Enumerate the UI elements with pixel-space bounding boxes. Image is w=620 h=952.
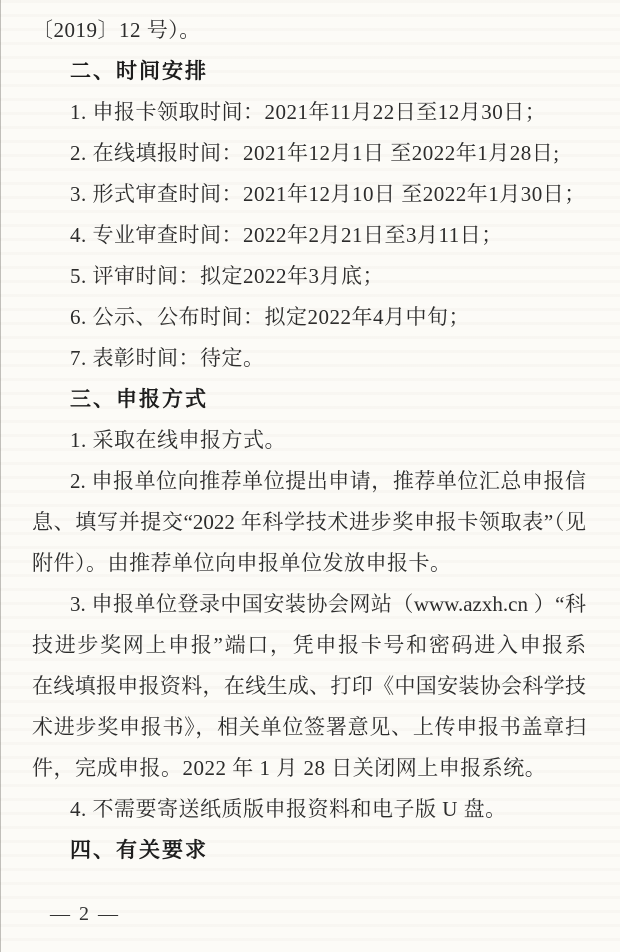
section-heading: 三、申报方式 <box>32 379 586 420</box>
page-number: — 2 — <box>50 903 120 926</box>
document-line: 4. 不需要寄送纸质版申报资料和电子版 U 盘。 <box>32 789 586 830</box>
document-line: 6. 公示、公布时间：拟定2022年4月中旬； <box>32 297 586 338</box>
document-line: 1. 采取在线申报方式。 <box>32 420 586 461</box>
document-line: 2. 在线填报时间：2021年12月1日 至2022年1月28日; <box>32 133 586 174</box>
document-line: 4. 专业审查时间：2022年2月21日至3月11日； <box>32 215 586 256</box>
document-body: 〔2019〕12 号）。二、时间安排1. 申报卡领取时间：2021年11月22日… <box>32 10 586 871</box>
document-page: 〔2019〕12 号）。二、时间安排1. 申报卡领取时间：2021年11月22日… <box>0 0 620 952</box>
document-line: 3. 形式审查时间：2021年12月10日 至2022年1月30日； <box>32 174 586 215</box>
document-line: 息、填写并提交“2022 年科学技术进步奖申报卡领取表”（见 <box>32 502 586 543</box>
document-line: 件，完成申报。2022 年 1 月 28 日关闭网上申报系统。 <box>32 748 586 789</box>
document-line: 在线填报申报资料，在线生成、打印《中国安装协会科学技 <box>32 666 586 707</box>
document-line: 技进步奖网上申报”端口，凭申报卡号和密码进入申报系统， <box>32 625 586 666</box>
section-heading: 二、时间安排 <box>32 51 586 92</box>
document-line: 7. 表彰时间：待定。 <box>32 338 586 379</box>
document-line: 〔2019〕12 号）。 <box>32 10 586 51</box>
document-line: 3. 申报单位登录中国安装协会网站（www.azxh.cn ）“科 <box>32 584 586 625</box>
document-line: 1. 申报卡领取时间：2021年11月22日至12月30日； <box>32 92 586 133</box>
document-line: 术进步奖申报书》，相关单位签署意见、上传申报书盖章扫描 <box>32 707 586 748</box>
document-line: 2. 申报单位向推荐单位提出申请，推荐单位汇总申报信 <box>32 461 586 502</box>
document-line: 附件）。由推荐单位向申报单位发放申报卡。 <box>32 543 586 584</box>
document-line: 5. 评审时间：拟定2022年3月底； <box>32 256 586 297</box>
section-heading: 四、有关要求 <box>32 830 586 871</box>
